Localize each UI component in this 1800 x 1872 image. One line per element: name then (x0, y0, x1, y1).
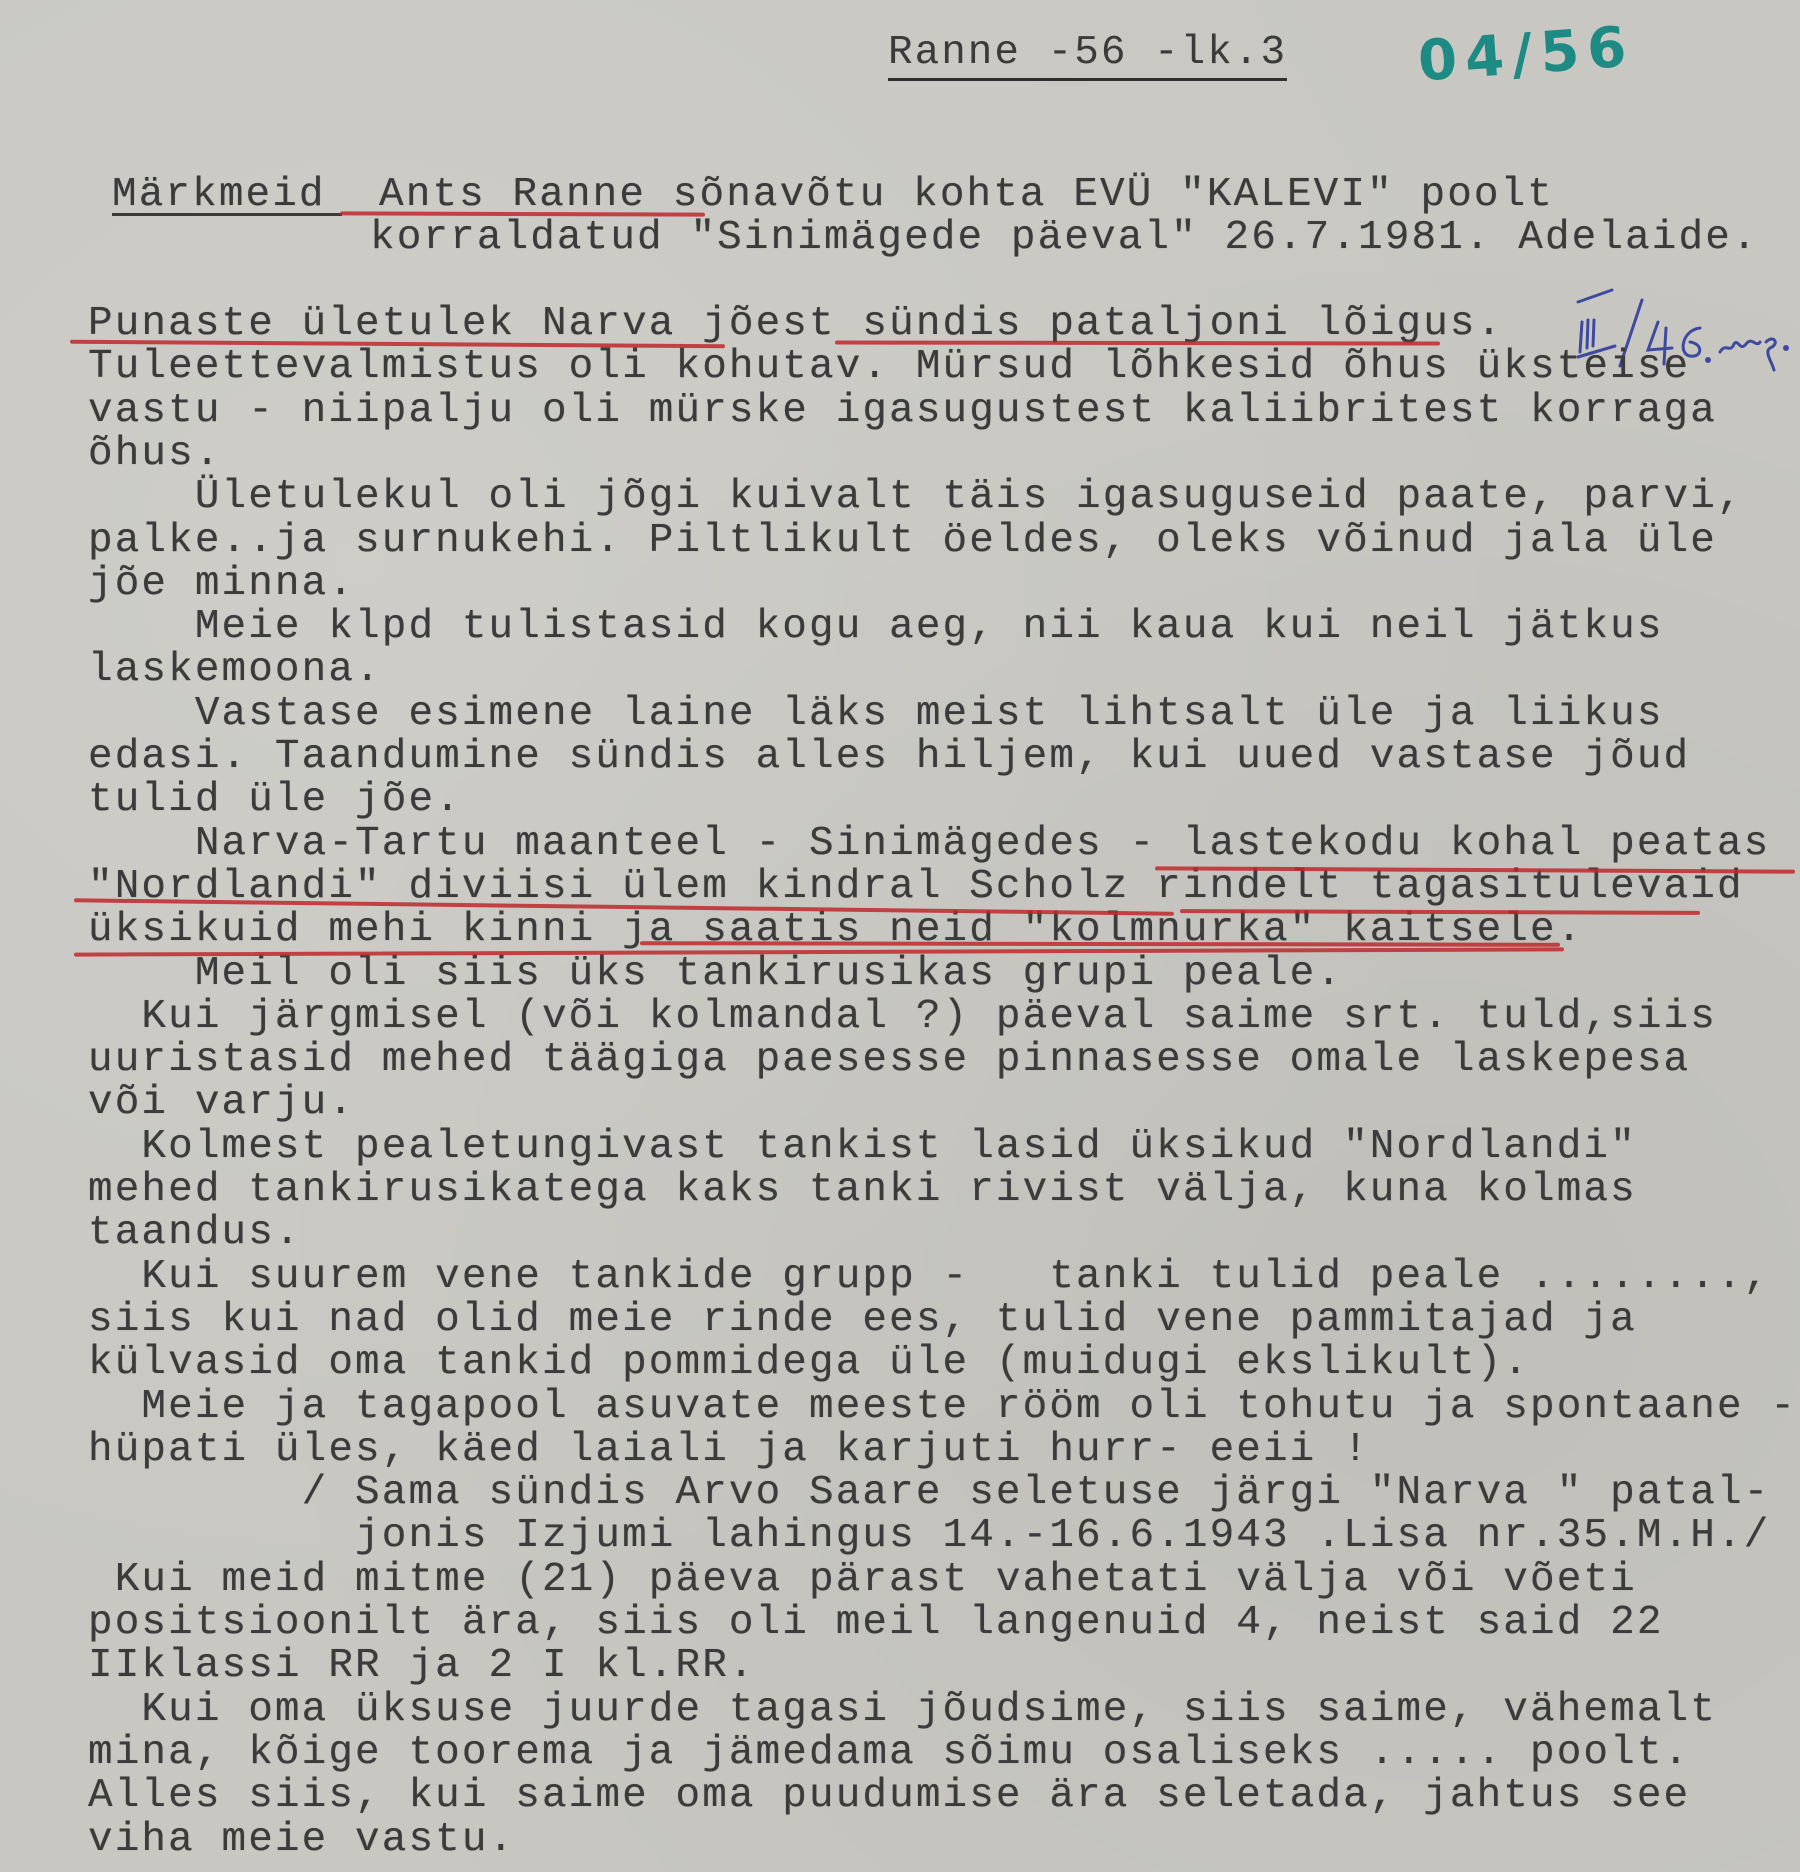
body-line: hüpati üles, käed laiali ja karjuti hurr… (88, 1429, 1370, 1472)
body-line: IIklassi RR ja 2 I kl.RR. (88, 1645, 756, 1688)
body-line: Meil oli siis üks tankirusikas grupi pea… (88, 953, 1343, 996)
typed-underline (112, 213, 342, 216)
title-line: Märkmeid Ants Ranne sõnavõtu kohta EVÜ "… (112, 174, 1554, 217)
body-line: Kui oma üksuse juurde tagasi jõudsime, s… (88, 1689, 1717, 1732)
body-line: laskemoona. (88, 649, 382, 692)
archive-stamp-number: 04/56 (1416, 15, 1636, 95)
body-line: Kolmest pealetungivast tankist lasid üks… (88, 1126, 1637, 1169)
body-line: Kui järgmisel (või kolmandal ?) päeval s… (88, 996, 1717, 1039)
body-line: palke..ja surnukehi. Piltlikult öeldes, … (88, 520, 1717, 563)
body-line: vastu - niipalju oli mürske igasugustest… (88, 390, 1717, 433)
body-line: Kui meid mitme (21) päeva pärast vahetat… (88, 1559, 1637, 1602)
body-line: Punaste ületulek Narva jõest sündis pata… (88, 303, 1503, 346)
body-line: Meie klpd tulistasid kogu aeg, nii kaua … (88, 606, 1664, 649)
body-line: / Sama sündis Arvo Saare seletuse järgi … (88, 1472, 1770, 1515)
body-line: või varju. (88, 1082, 355, 1125)
document-page: Ranne -56 -lk.3 04/56 III/46.nõg. Märkme… (0, 0, 1800, 1872)
body-line: siis kui nad olid meie rinde ees, tulid … (88, 1299, 1637, 1342)
body-line: mehed tankirusikatega kaks tanki rivist … (88, 1169, 1637, 1212)
page-reference-header: Ranne -56 -lk.3 (888, 30, 1287, 81)
body-line: Tuleettevalmistus oli kohutav. Mürsud lõ… (88, 346, 1690, 389)
body-line: Kui suurem vene tankide grupp - tanki tu… (88, 1256, 1770, 1299)
body-line: mina, kõige toorema ja jämedama sõimu os… (88, 1732, 1690, 1775)
body-line: Meie ja tagapool asuvate meeste rööm oli… (88, 1386, 1797, 1429)
body-line: tulid üle jõe. (88, 779, 462, 822)
body-line: Ületulekul oli jõgi kuivalt täis igasugu… (88, 476, 1744, 519)
body-line: Alles siis, kui saime oma puudumise ära … (88, 1775, 1690, 1818)
body-line: positsioonilt ära, siis oli meil langenu… (88, 1602, 1664, 1645)
body-line: külvasid oma tankid pommidega üle (muidu… (88, 1342, 1530, 1385)
body-line: taandus. (88, 1212, 302, 1255)
body-line: edasi. Taandumine sündis alles hiljem, k… (88, 736, 1690, 779)
body-line: uuristasid mehed täägiga paesesse pinnas… (88, 1039, 1690, 1082)
body-line: jonis Izjumi lahingus 14.-16.6.1943 .Lis… (88, 1515, 1770, 1558)
body-line: jõe minna. (88, 563, 355, 606)
body-line: Narva-Tartu maanteel - Sinimägedes - las… (88, 823, 1770, 866)
title-line: korraldatud "Sinimägede päeval" 26.7.198… (370, 217, 1759, 260)
body-line: õhus. (88, 433, 222, 476)
body-line: Vastase esimene laine läks meist lihtsal… (88, 693, 1664, 736)
body-line: viha meie vastu. (88, 1819, 515, 1862)
